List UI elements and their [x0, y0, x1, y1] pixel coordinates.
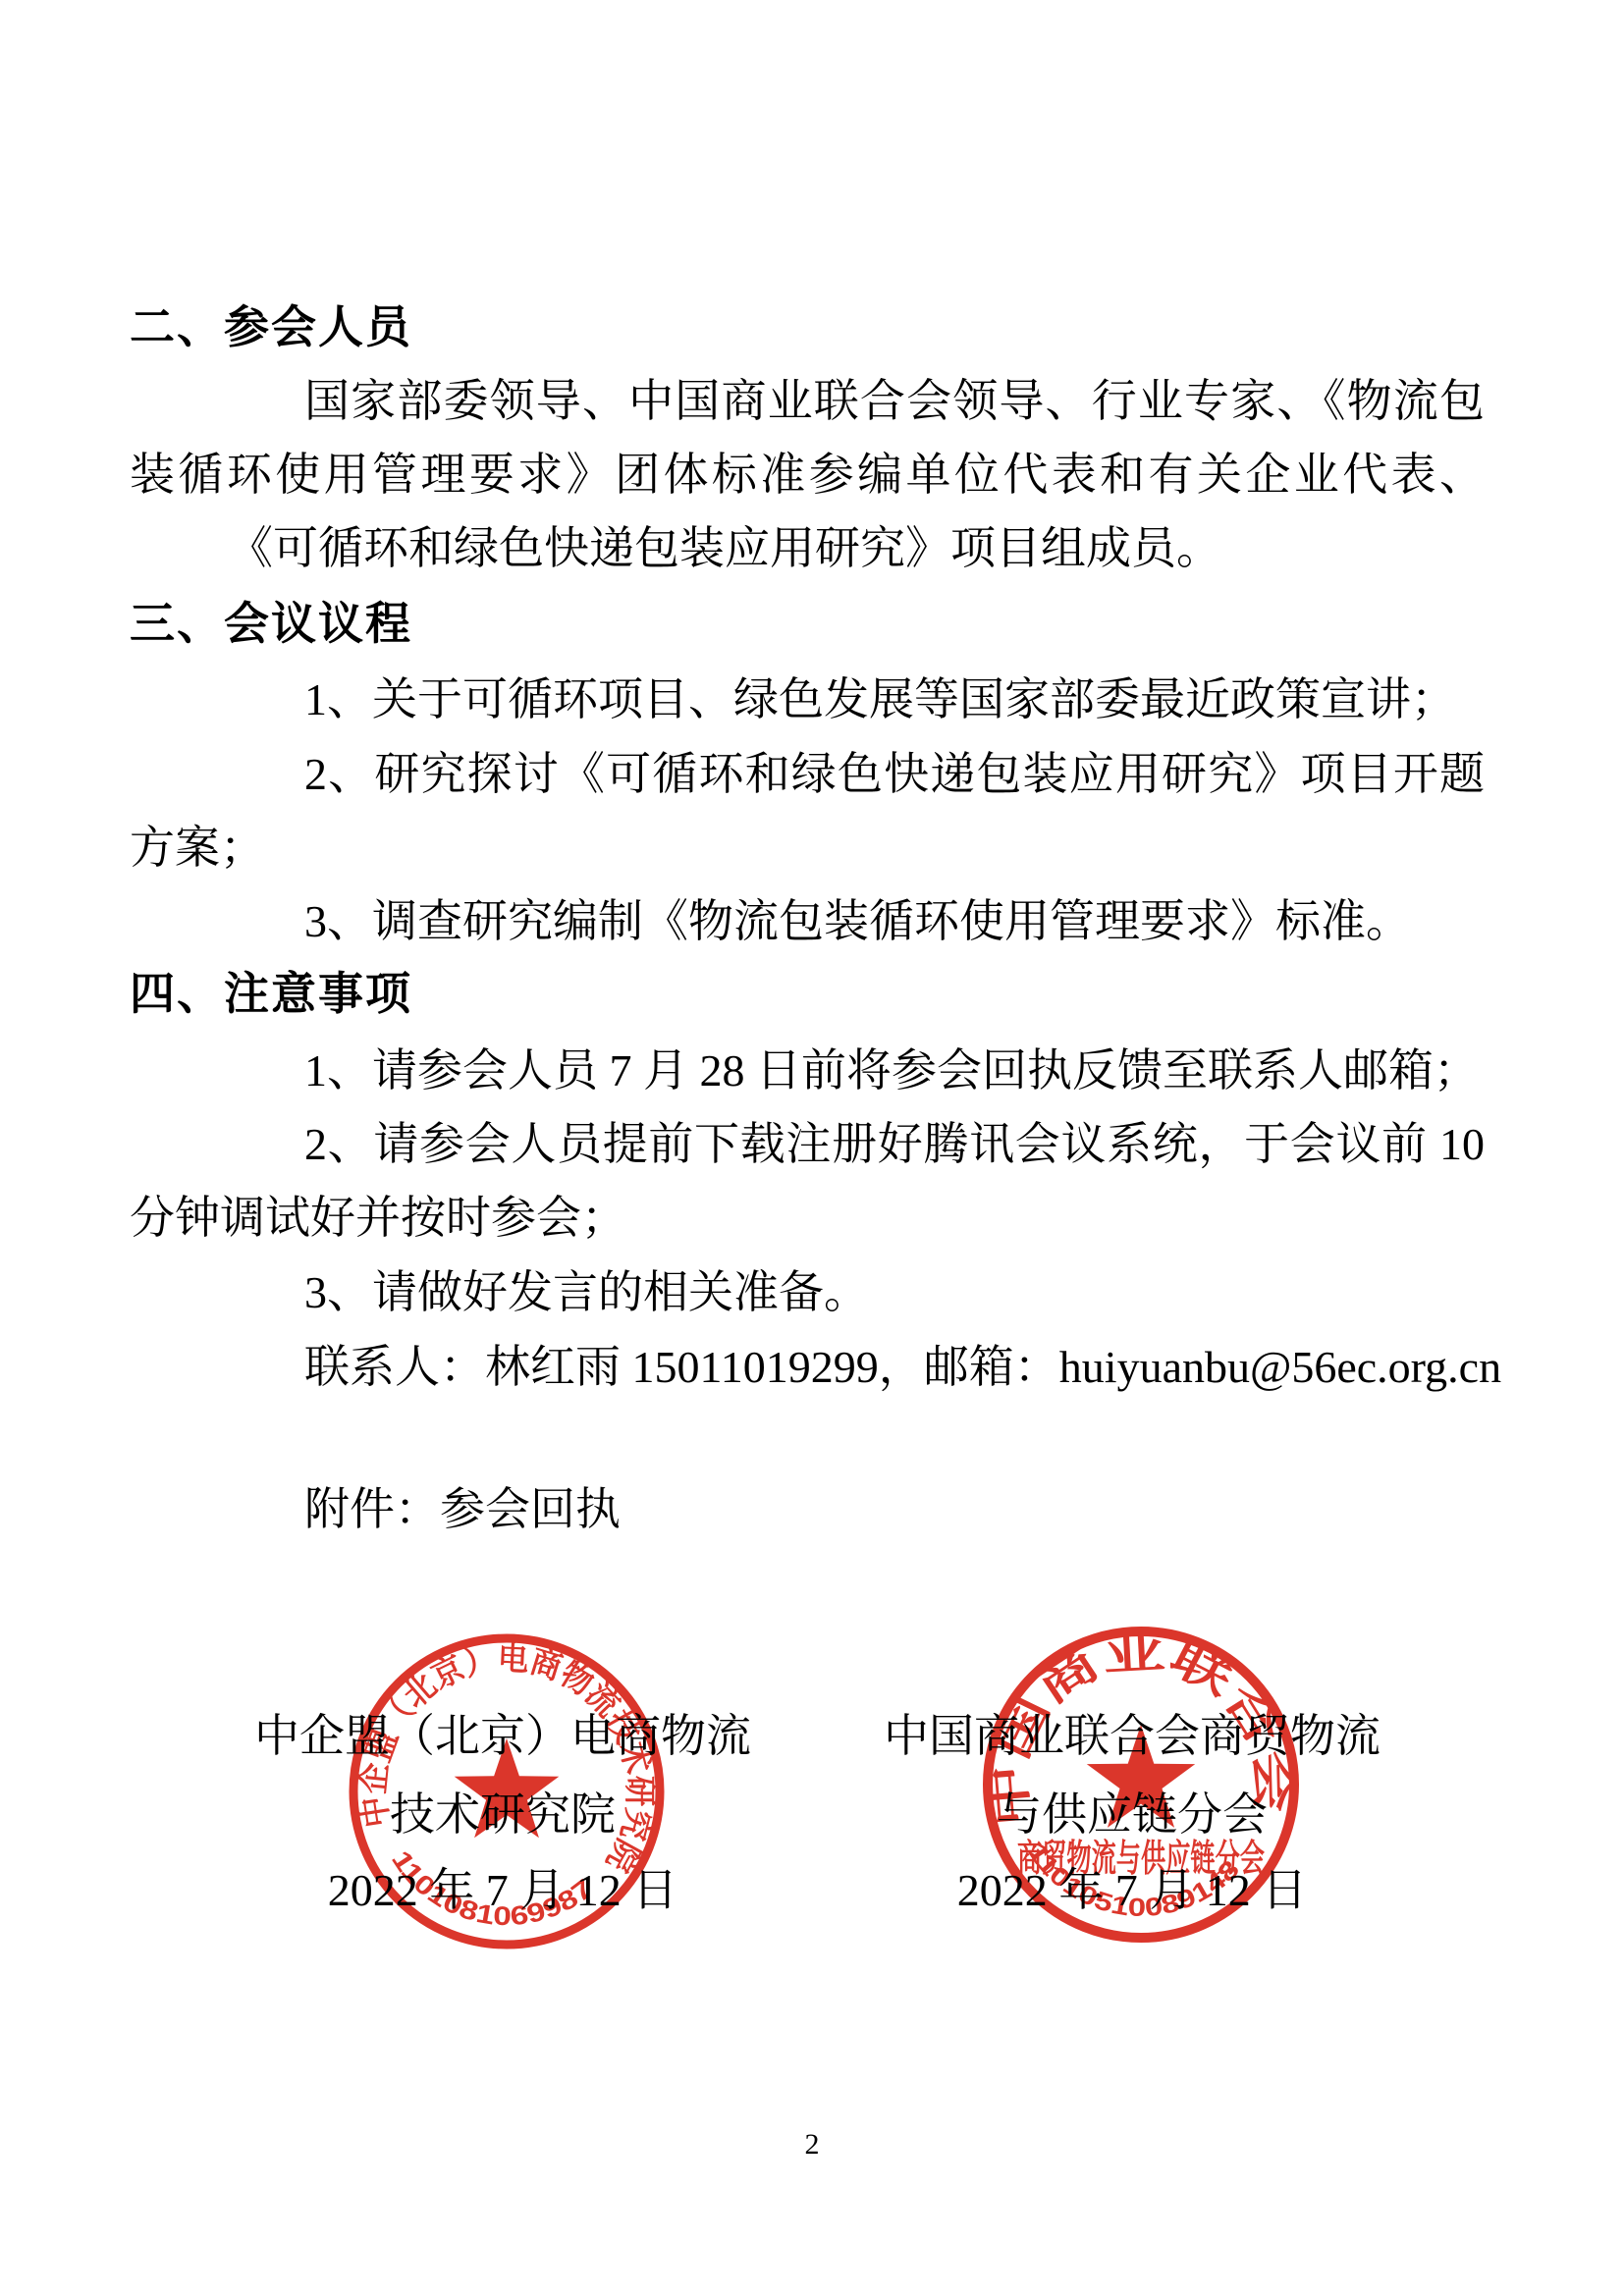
note-item-2-continued: 分钟调试好并按时参会；: [130, 1181, 1485, 1255]
attachment-line: 附件：参会回执: [130, 1472, 1485, 1546]
body-line: 装循环使用管理要求》团体标准参编单位代表和有关企业代表、: [130, 438, 1485, 511]
agenda-item-1: 1、关于可循环项目、绿色发展等国家部委最近政策宣讲；: [130, 663, 1485, 736]
page-number: 2: [0, 2125, 1624, 2164]
agenda-item-2-continued: 方案；: [130, 811, 1485, 884]
right-org-name-line1: 中国商业联合会商贸物流: [759, 1705, 1505, 1768]
note-item-2: 2、请参会人员提前下载注册好腾讯会议系统，于会议前 10: [130, 1107, 1485, 1181]
contact-line: 联系人：林红雨 15011019299，邮箱：huiyuanbu@56ec.or…: [130, 1330, 1485, 1404]
body-line: 国家部委领导、中国商业联合会领导、行业专家、《物流包: [130, 364, 1485, 438]
section-heading-notes: 四、注意事项: [130, 957, 1485, 1031]
note-item-1: 1、请参会人员 7 月 28 日前将参会回执反馈至联系人邮箱；: [130, 1034, 1485, 1107]
right-org-name-line2: 与供应链分会: [759, 1784, 1505, 1846]
section-heading-participants: 二、参会人员: [130, 291, 1485, 364]
right-org-date: 2022 年 7 月 12 日: [759, 1859, 1505, 1922]
document-page: 二、参会人员 国家部委领导、中国商业联合会领导、行业专家、《物流包 装循环使用管…: [0, 0, 1624, 2296]
note-item-3: 3、请做好发言的相关准备。: [130, 1255, 1485, 1329]
section-heading-agenda: 三、会议议程: [130, 587, 1485, 661]
body-line: 《可循环和绿色快递包装应用研究》项目组成员。: [130, 511, 1485, 585]
agenda-item-2: 2、研究探讨《可循环和绿色快递包装应用研究》项目开题: [130, 737, 1485, 811]
agenda-item-3: 3、调查研究编制《物流包装循环使用管理要求》标准。: [130, 884, 1485, 958]
